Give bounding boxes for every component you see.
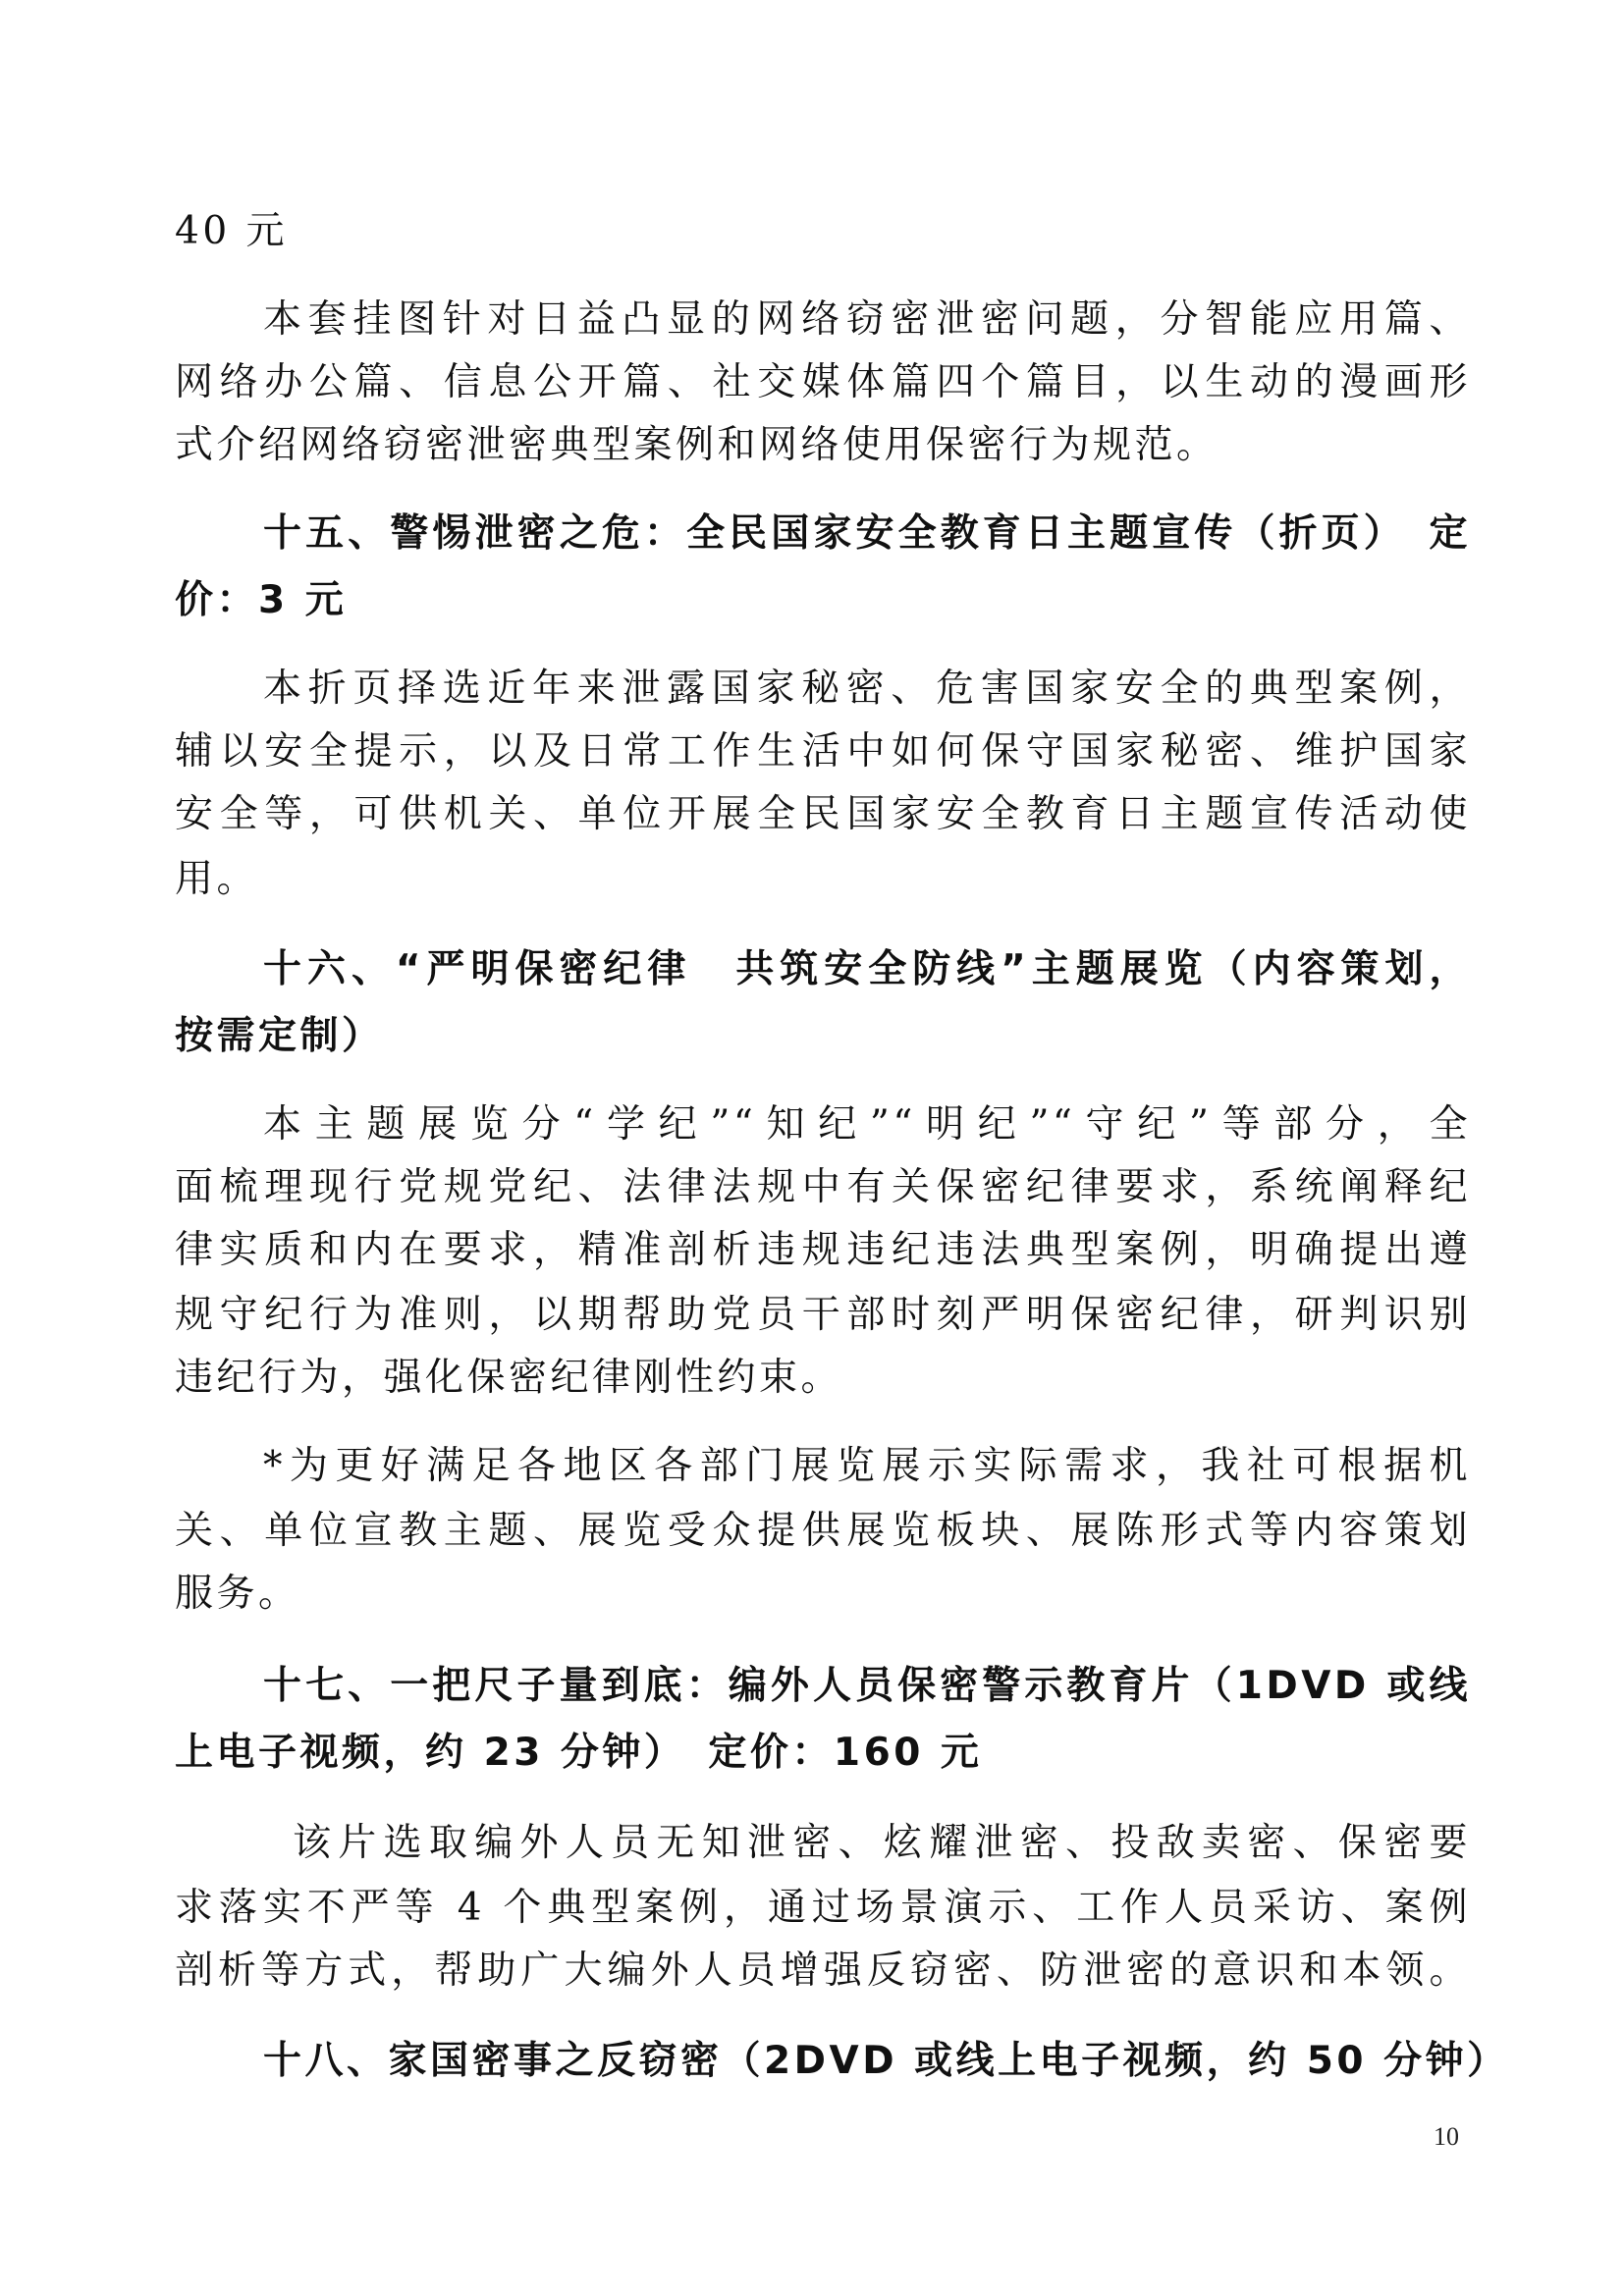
section-heading-15: 十五、警惕泄密之危：全民国家安全教育日主题宣传（折页） 定 [263,510,1471,558]
section-heading-17: 十七、一把尺子量到底：编外人员保密警示教育片（1DVD 或线 [263,1663,1471,1710]
paragraph-line: 剖析等方式，帮助广大编外人员增强反窃密、防泄密的意识和本领。 [175,1948,1471,1995]
section-heading-17-cont: 上电子视频，约 23 分钟） 定价：160 元 [175,1730,1471,1777]
paragraph-line: 本主题展览分“学纪”“知纪”“明纪”“守纪”等部分，全 [263,1101,1471,1148]
note-line: *为更好满足各地区各部门展览展示实际需求，我社可根据机 [263,1443,1471,1490]
section-heading-18: 十八、家国密事之反窃密（2DVD 或线上电子视频，约 50 分钟） [263,2038,1471,2085]
paragraph-line: 本套挂图针对日益凸显的网络窃密泄密问题，分智能应用篇、 [263,296,1471,344]
paragraph-line: 用。 [175,856,1471,903]
paragraph-line: 规守纪行为准则，以期帮助党员干部时刻严明保密纪律，研判识别 [175,1292,1471,1339]
paragraph-line: 网络办公篇、信息公开篇、社交媒体篇四个篇目，以生动的漫画形 [175,359,1471,406]
section-heading-15-cont: 价：3 元 [175,577,1471,624]
document-page: 40 元 本套挂图针对日益凸显的网络窃密泄密问题，分智能应用篇、 网络办公篇、信… [0,0,1624,2296]
paragraph-line: 辅以安全提示，以及日常工作生活中如何保守国家秘密、维护国家 [175,728,1471,775]
paragraph-line: 本折页择选近年来泄露国家秘密、危害国家安全的典型案例， [263,666,1471,713]
section-heading-16-cont: 按需定制） [175,1013,1471,1060]
price-continuation: 40 元 [175,208,1471,255]
paragraph-line: 面梳理现行党规党纪、法律法规中有关保密纪律要求，系统阐释纪 [175,1164,1471,1211]
note-line: 关、单位宣教主题、展览受众提供展览板块、展陈形式等内容策划 [175,1508,1471,1555]
paragraph-line: 该片选取编外人员无知泄密、炫耀泄密、投敌卖密、保密要 [293,1820,1471,1867]
paragraph-line: 式介绍网络窃密泄密典型案例和网络使用保密行为规范。 [175,422,1471,469]
paragraph-line: 律实质和内在要求，精准剖析违规违纪违法典型案例，明确提出遵 [175,1227,1471,1274]
page-number: 10 [1434,2122,1459,2152]
paragraph-line: 求落实不严等 4 个典型案例，通过场景演示、工作人员采访、案例 [175,1885,1471,1932]
section-heading-16: 十六、“严明保密纪律 共筑安全防线”主题展览（内容策划， [263,946,1471,993]
paragraph-line: 违纪行为，强化保密纪律刚性约束。 [175,1355,1471,1402]
note-line: 服务。 [175,1571,1471,1618]
paragraph-line: 安全等，可供机关、单位开展全民国家安全教育日主题宣传活动使 [175,791,1471,838]
